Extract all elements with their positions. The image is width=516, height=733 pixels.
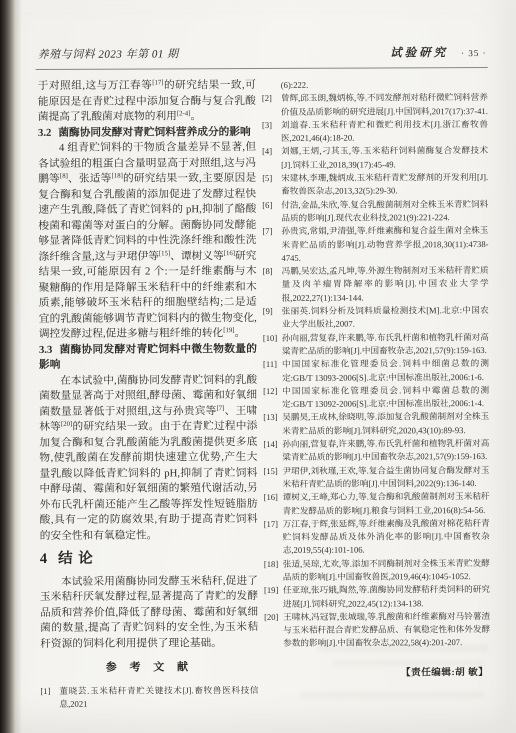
page-header: 养殖与饲料 2023 年第 01 期 试验研究 · 35 · xyxy=(38,44,487,62)
paragraph: 在本试验中,菌酶协同发酵青贮饲料的乳酸菌数量显著高于对照组,酵母菌、霉菌和好氧细… xyxy=(39,373,258,544)
reference-number: [3] xyxy=(262,119,272,132)
reference-number: [4] xyxy=(262,145,272,158)
reference-number: [16] xyxy=(264,491,278,504)
reference-text: 孙向丽,营复春,许来鹏,等.布氏乳杆菌和植物乳杆菌对高粱青贮品质的影响[J].中… xyxy=(282,438,489,462)
reference-item: [13]吴鹏昊,王成林,徐晓明,等.添加复合乳酸菌制剂对全株玉米青贮品质的影响[… xyxy=(263,410,489,438)
reference-item: (6):222. xyxy=(262,78,488,92)
reference-number: [18] xyxy=(264,558,278,571)
reference-item: [7]孙贵宾,常娟,尹清强,等.纤维素酶和复合益生菌对全株玉米青贮品质的影响[J… xyxy=(262,224,488,265)
reference-item: [18]张适,吴琼,尤欢,等.添加不同酶制剂对全株玉米青贮发酵品质的影响[J].… xyxy=(264,557,490,585)
reference-item: [19]任亚琼,张巧娥,陶然,等.菌酶协同发酵秸秆类饲料的研究进展[J].饲料研… xyxy=(264,583,490,611)
reference-text: 吴鹏昊,王成林,徐晓明,等.添加复合乳酸菌制剂对全株玉米青贮品质的影响[J].饲… xyxy=(282,411,489,435)
reference-text: 刘娜,王炳,刁其玉,等.玉米秸秆饲料菌酶复合发酵技术[J].饲料工业,2018,… xyxy=(281,145,488,169)
reference-text: 王啸林,冯冠智,张城瑞,等.乳酸菌和纤维素酶对马铃薯渣与玉米秸秆混合青贮发酵品质… xyxy=(283,611,490,648)
paragraph-continuation: 于对照组,这与万江春等[17]的研究结果一致,可能原因是在青贮过程中添加复合酶与… xyxy=(38,78,256,125)
reference-number: [7] xyxy=(262,225,272,238)
reference-item: [3]刘道春.玉米秸秆青贮和微贮利用技术[J].浙江畜牧兽医,2021,46(4… xyxy=(262,118,488,146)
section-label: 试验研究 xyxy=(390,44,448,60)
reference-item: [6]付浩,金晶,朱欣,等.复合乳酸菌制剂对全株玉米青贮饲料品质的影响[J].现… xyxy=(262,198,488,226)
heading-title: 结 论 xyxy=(58,551,94,567)
reference-item: [15]尹珺伊,刘秋瑾,王欢,等.复合益生菌协同复合酶发酵对玉米秸秆青贮品质的影… xyxy=(263,464,489,492)
scanned-page: 养殖与饲料 2023 年第 01 期 试验研究 · 35 · 于对照组,这与万江… xyxy=(0,0,516,733)
reference-text: 刘道春.玉米秸秆青贮和微贮利用技术[J].浙江畜牧兽医,2021,46(4):1… xyxy=(281,119,488,143)
page-content: 养殖与饲料 2023 年第 01 期 试验研究 · 35 · 于对照组,这与万江… xyxy=(0,0,516,733)
reference-number: [13] xyxy=(263,411,277,424)
reference-number: [17] xyxy=(264,518,278,531)
reference-text: 冯鹏,吴宏达,孟凡坤,等.外源生物制剂对玉米秸秆青贮质量及肉羊瘤胃降解率的影响[… xyxy=(282,265,489,302)
heading-number: 3.2 xyxy=(38,126,51,138)
references-list: (6):222. [2]曾辉,邱玉朗,魏炳栋,等.不同发酵剂对秸秆微贮饲料营养价… xyxy=(262,78,490,651)
reference-item: [1]董晓芸.玉米秸秆青贮关键技术[J].畜牧兽医科技信息,2021 xyxy=(40,684,258,712)
section-heading-3-3: 3.3菌酶协同发酵对青贮饲料中微生物数量的影响 xyxy=(39,342,257,374)
reference-number: [14] xyxy=(263,438,277,451)
reference-text: 任亚琼,张巧娥,陶然,等.菌酶协同发酵秸秆类饲料的研究进展[J].饲料研究,20… xyxy=(283,584,490,608)
reference-item: [11]中国国家标准化管理委员会.饲料中细菌总数的测定:GB/T 13093-2… xyxy=(263,357,489,385)
reference-text: 付浩,金晶,朱欣,等.复合乳酸菌制剂对全株玉米青贮饲料品质的影响[J].现代农业… xyxy=(281,199,488,223)
page-number: · 35 · xyxy=(461,48,487,58)
reference-text: 中国国家标准化管理委员会.饲料中霉菌总数的测定:GB/T 13092-2006[… xyxy=(282,385,489,409)
conclusion-paragraph: 本试验采用菌酶协同发酵玉米秸秆,促进了玉米秸秆厌氧发酵过程,显著提高了青贮的发酵… xyxy=(40,574,258,652)
section-heading-3-2: 3.2菌酶协同发酵对青贮饲料营养成分的影响 xyxy=(38,125,256,141)
reference-item: [10]孙向丽,营复春,许来鹏,等.布氏乳杆菌和植物乳杆菌对高粱青贮品质的影响[… xyxy=(263,331,489,359)
reference-item: [5]宋建林,李珊,魏炳成.玉米秸秆青贮发酵剂的开发利用[J].畜牧兽医杂志,2… xyxy=(262,171,488,199)
reference-number: [6] xyxy=(262,199,272,212)
reference-item: [20]王啸林,冯冠智,张城瑞,等.乳酸菌和纤维素酶对马铃薯渣与玉米秸秆混合青贮… xyxy=(264,610,490,651)
reference-item: [4]刘娜,王炳,刁其玉,等.玉米秸秆饲料菌酶复合发酵技术[J].饲料工业,20… xyxy=(262,144,488,172)
reference-text: 尹珺伊,刘秋瑾,王欢,等.复合益生菌协同复合酶发酵对玉米秸秆青贮品质的影响[J]… xyxy=(282,465,489,489)
reference-number: [20] xyxy=(264,611,278,624)
heading-number: 4 xyxy=(40,551,47,567)
reference-text: 孙贵宾,常娟,尹清强,等.纤维素酶和复合益生菌对全株玉米青贮品质的影响[J].动… xyxy=(281,225,488,262)
reference-text: 张适,吴琼,尤欢,等.添加不同酶制剂对全株玉米青贮发酵品质的影响[J].中国畜牧… xyxy=(283,558,490,582)
header-right: 试验研究 · 35 · xyxy=(390,44,487,60)
paragraph: 4 组青贮饲料的干物质含量差异不显著,但各试验组的粗蛋白含量明显高于对照组,这与… xyxy=(38,140,257,342)
reference-item: [14]孙向丽,营复春,许来鹏,等.布氏乳杆菌和植物乳杆菌对高粱青贮品质的影响[… xyxy=(263,437,489,465)
reference-text: (6):222. xyxy=(281,80,308,90)
reference-number: [9] xyxy=(263,305,273,318)
reference-item: [12]中国国家标准化管理委员会.饲料中霉菌总数的测定:GB/T 13092-2… xyxy=(263,384,489,412)
reference-text: 谭树义,王峰,郑心力,等.复合酶和乳酸菌制剂对玉米秸秆青贮发酵品质的影响[J].… xyxy=(283,491,490,515)
reference-number: [11] xyxy=(263,358,277,371)
journal-title: 养殖与饲料 2023 年第 01 期 xyxy=(38,45,179,62)
reference-number: [5] xyxy=(262,172,272,185)
reference-item: [2]曾辉,邱玉朗,魏炳栋,等.不同发酵剂对秸秆微贮饲料营养价值及品质影响的研究… xyxy=(262,91,488,119)
reference-number: [8] xyxy=(263,265,273,278)
reference-item: [9]张丽英.饲料分析及饲料质量检测技术[M].北京:中国农业大学出版社,200… xyxy=(263,304,489,332)
reference-text: 中国国家标准化管理委员会.饲料中细菌总数的测定:GB/T 13093-2006[… xyxy=(282,358,489,382)
reference-number: [2] xyxy=(262,92,272,105)
scan-edge-shadow xyxy=(0,0,22,733)
reference-number: [12] xyxy=(263,385,277,398)
reference-text: 孙向丽,营复春,许来鹏,等.布氏乳杆菌和植物乳杆菌对高粱青贮品质的影响[J].中… xyxy=(282,332,489,356)
heading-title: 菌酶协同发酵对青贮饲料中微生物数量的影响 xyxy=(39,343,257,371)
references-heading: 参 考 文 献 xyxy=(40,660,258,676)
reference-text: 张丽英.饲料分析及饲料质量检测技术[M].北京:中国农业大学出版社,2007. xyxy=(282,305,489,329)
reference-text: 万江春,于辉,张延辉,等.纤维素酶及乳酸菌对棉花秸秆青贮饲料发酵品质及体外消化率… xyxy=(283,518,490,555)
reference-number: [1] xyxy=(40,684,50,697)
left-column: 于对照组,这与万江春等[17]的研究结果一致,可能原因是在青贮过程中添加复合酶与… xyxy=(38,78,259,711)
conclusion-heading: 4结 论 xyxy=(40,551,258,567)
reference-number: [19] xyxy=(264,584,278,597)
header-rule xyxy=(36,67,488,70)
heading-title: 菌酶协同发酵对青贮饲料营养成分的影响 xyxy=(58,126,250,139)
right-column: (6):222. [2]曾辉,邱玉朗,魏炳栋,等.不同发酵剂对秸秆微贮饲料营养价… xyxy=(262,78,491,679)
reference-text: 宋建林,李珊,魏炳成.玉米秸秆青贮发酵剂的开发利用[J].畜牧兽医杂志,2013… xyxy=(281,172,488,196)
reference-item: [8]冯鹏,吴宏达,孟凡坤,等.外源生物制剂对玉米秸秆青贮质量及肉羊瘤胃降解率的… xyxy=(263,264,489,305)
reference-text: 董晓芸.玉米秸秆青贮关键技术[J].畜牧兽医科技信息,2021 xyxy=(59,685,258,709)
reference-number: [10] xyxy=(263,332,277,345)
reference-text: 曾辉,邱玉朗,魏炳栋,等.不同发酵剂对秸秆微贮饲料营养价值及品质影响的研究进展[… xyxy=(281,92,488,116)
reference-item: [17]万江春,于辉,张延辉,等.纤维素酶及乳酸菌对棉花秸秆青贮饲料发酵品质及体… xyxy=(264,517,490,558)
reference-item: [16]谭树义,王峰,郑心力,等.复合酶和乳酸菌制剂对玉米秸秆青贮发酵品质的影响… xyxy=(264,490,490,518)
reference-number: [15] xyxy=(263,465,277,478)
heading-number: 3.3 xyxy=(39,343,52,355)
editor-note: 【责任编辑:胡 敏】 xyxy=(264,664,490,679)
